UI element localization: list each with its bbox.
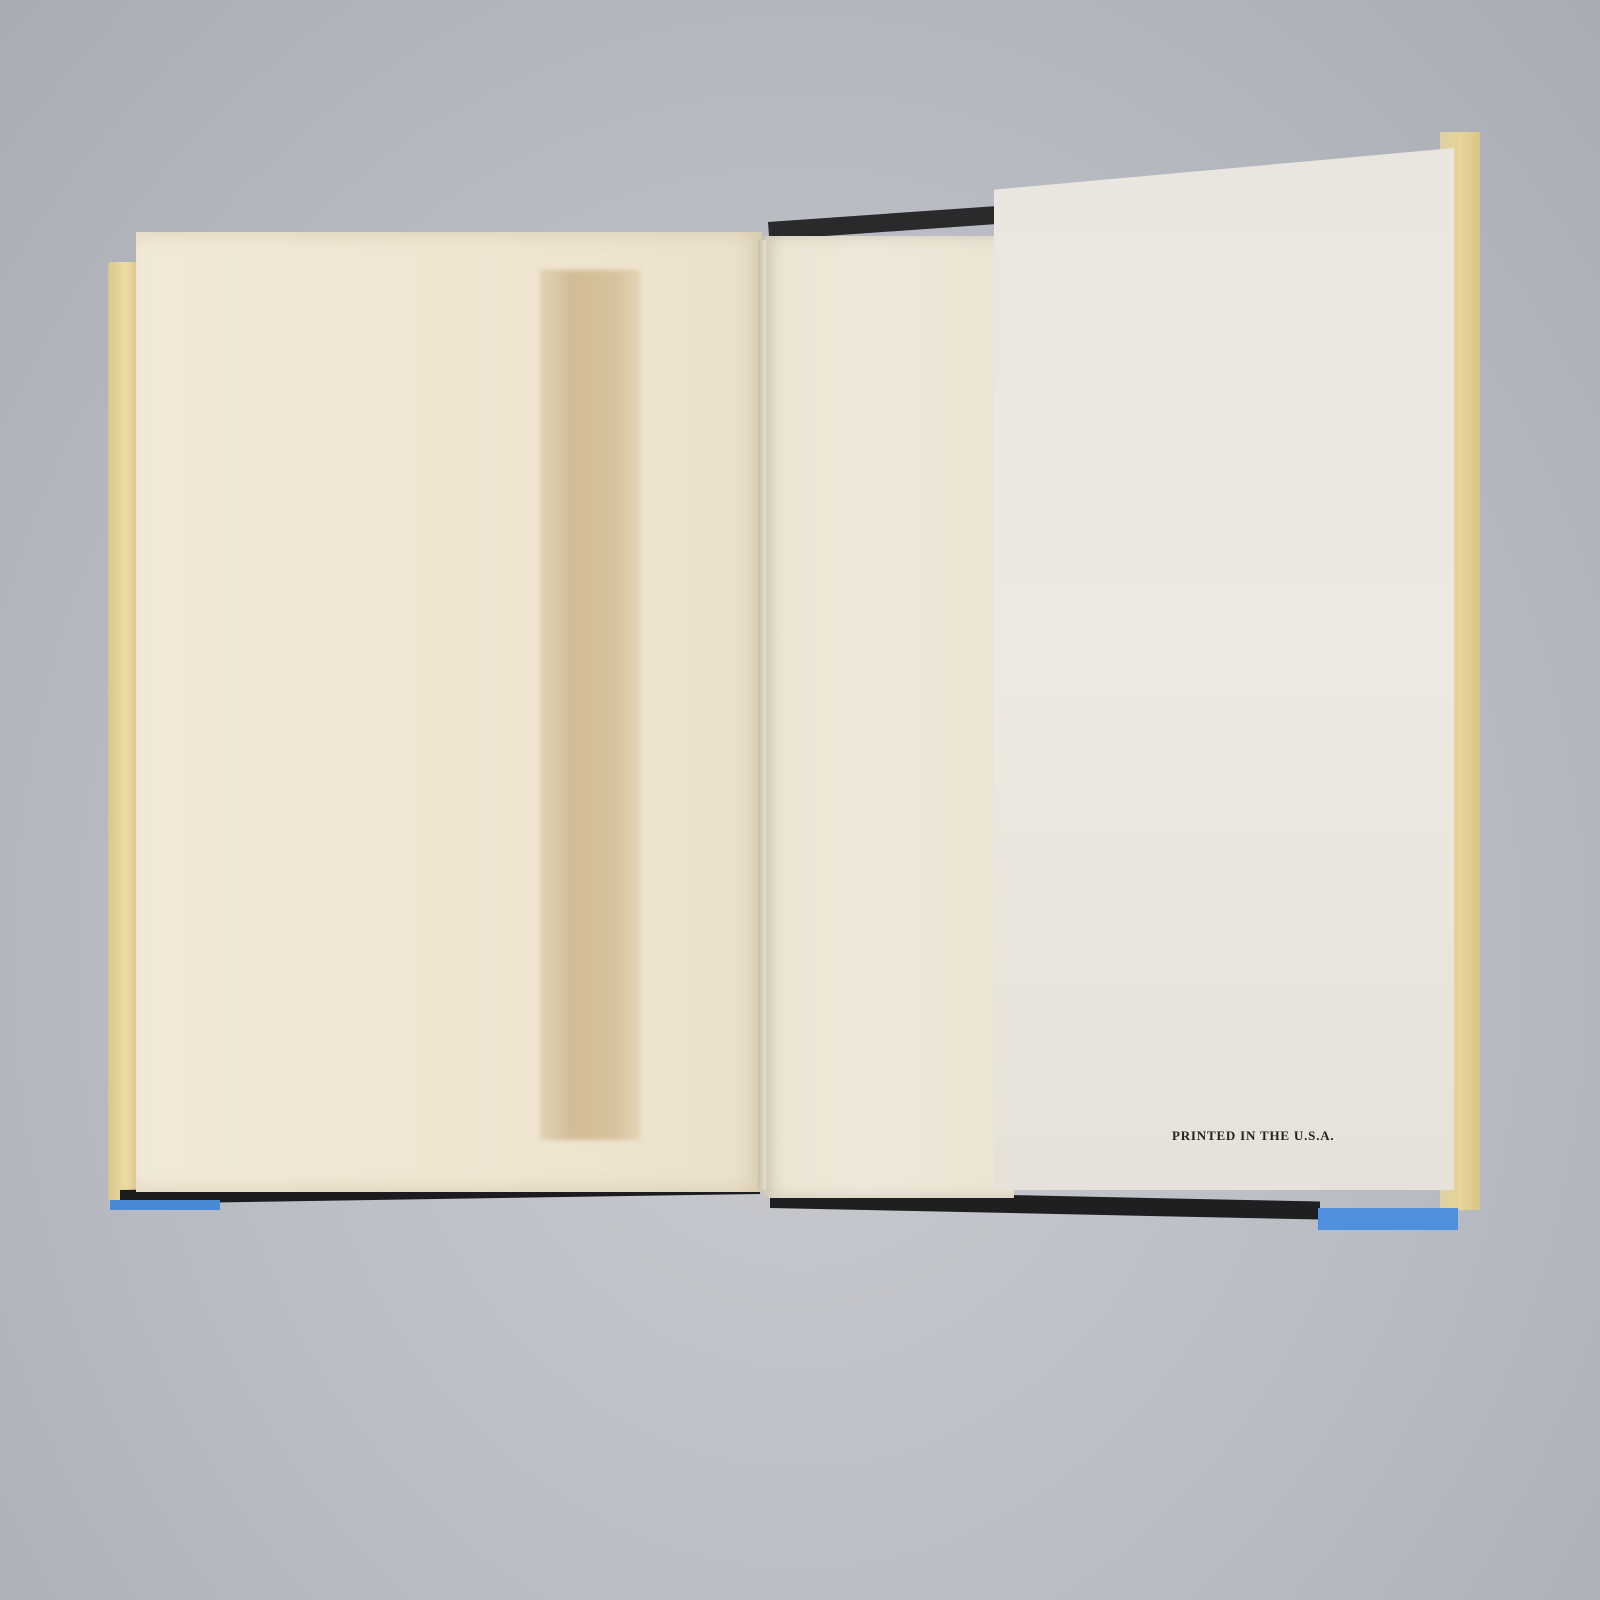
left-cover-edge <box>108 262 138 1202</box>
left-endpaper <box>136 232 762 1192</box>
book-gutter <box>758 240 766 1190</box>
glue-stain <box>540 270 640 1140</box>
dust-jacket-flap <box>994 148 1454 1190</box>
right-board-top-edge <box>768 206 999 240</box>
left-board-blue-corner <box>110 1200 220 1210</box>
right-board-blue-corner <box>1318 1208 1458 1230</box>
right-endpaper <box>764 236 1014 1198</box>
imprint-text: PRINTED IN THE U.S.A. <box>1172 1128 1334 1144</box>
